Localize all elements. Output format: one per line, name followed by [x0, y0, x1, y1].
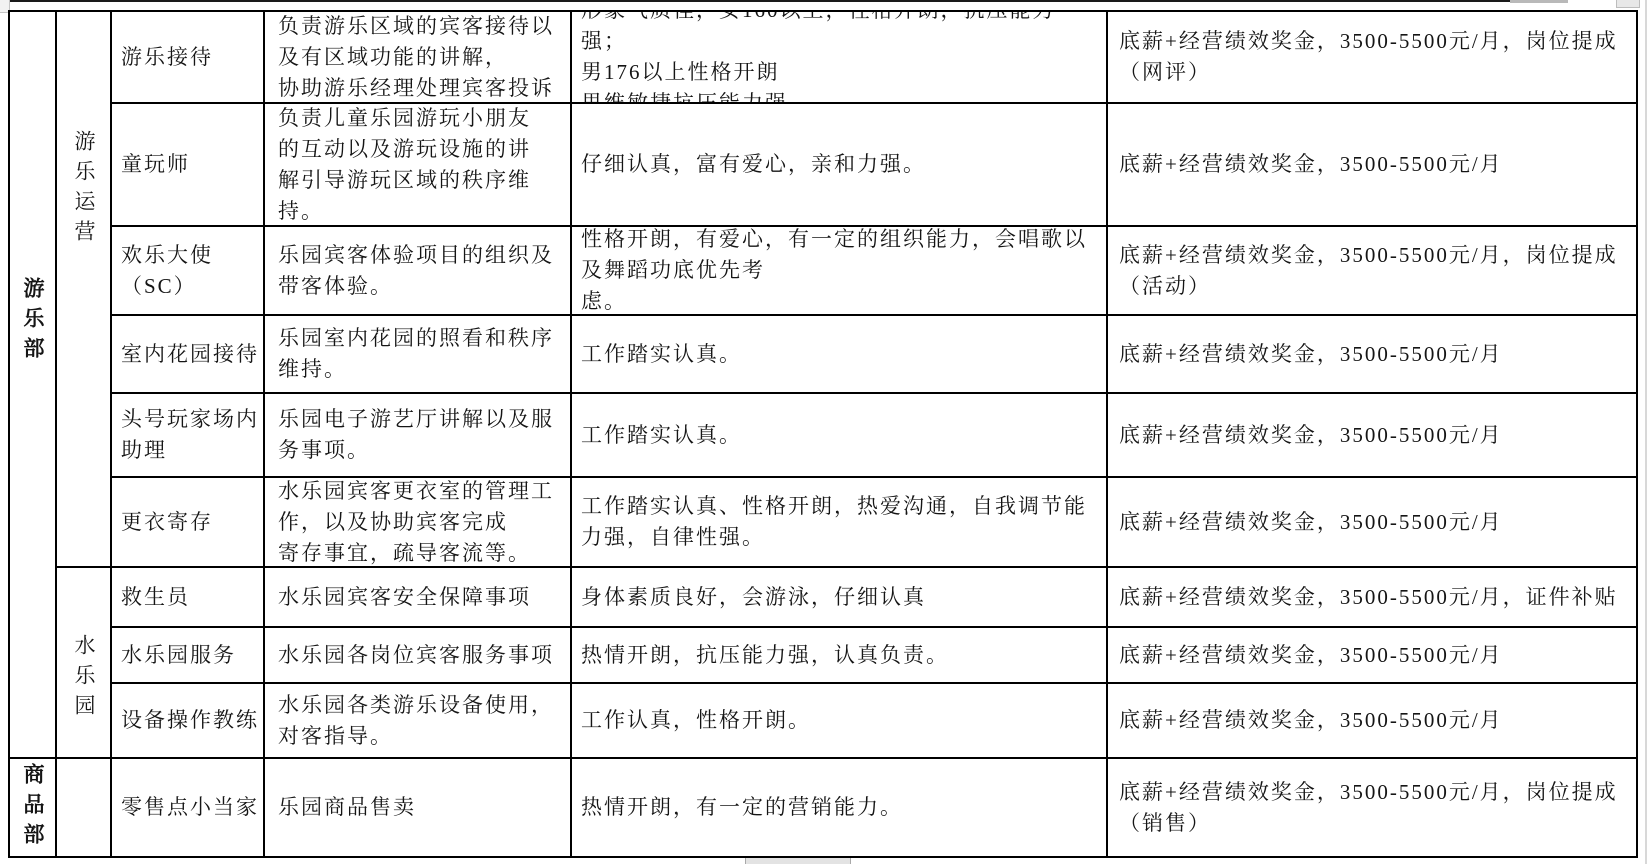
duties-cell: 乐园电子游艺厅讲解以及服 务事项。: [265, 394, 572, 478]
position-cell: 救生员: [112, 568, 265, 628]
department-cell-merchandise: 商品部: [10, 759, 57, 856]
position-cell: 童玩师: [112, 104, 265, 227]
requirements-cell: 仔细认真，富有爱心，亲和力强。: [572, 104, 1108, 227]
salary-cell: 底薪+经营绩效奖金，3500-5500元/月，证件补贴: [1108, 568, 1636, 628]
requirements-cell: 热情开朗，有一定的营销能力。: [572, 759, 1108, 856]
position-cell: 游乐接待: [112, 12, 265, 104]
section-cell-water-park: 水乐园: [57, 568, 112, 759]
salary-cell: 底薪+经营绩效奖金，3500-5500元/月: [1108, 478, 1636, 568]
section-label: 水乐园: [68, 634, 99, 724]
position-cell: 更衣寄存: [112, 478, 265, 568]
requirements-cell: 性格开朗，有爱心，有一定的组织能力，会唱歌以 及舞蹈功底优先考 虑。: [572, 227, 1108, 316]
section-cell-empty: [57, 759, 112, 856]
position-cell: 水乐园服务: [112, 628, 265, 684]
department-label: 商品部: [17, 763, 48, 853]
duties-cell: 乐园商品售卖: [265, 759, 572, 856]
page-right-edge-artifact: [1645, 0, 1647, 864]
salary-cell: 底薪+经营绩效奖金，3500-5500元/月，岗位提成 （销售）: [1108, 759, 1636, 856]
position-cell: 零售点小当家: [112, 759, 265, 856]
duties-cell: 乐园室内花园的照看和秩序 维持。: [265, 316, 572, 394]
job-table: 游乐部 商品部 游乐运营 水乐园 游乐接待 负责游乐区域的宾客接待以 及有区域功…: [8, 10, 1638, 858]
previous-row-border-artifact: [0, 0, 1510, 2]
salary-cell: 底薪+经营绩效奖金，3500-5500元/月: [1108, 684, 1636, 759]
page-top-notch-artifact: [1616, 0, 1640, 8]
page-top-edge-artifact: [1510, 0, 1568, 3]
salary-cell: 底薪+经营绩效奖金，3500-5500元/月: [1108, 394, 1636, 478]
duties-cell: 乐园宾客体验项目的组织及 带客体验。: [265, 227, 572, 316]
duties-cell: 负责游乐区域的宾客接待以 及有区域功能的讲解， 协助游乐经理处理宾客投诉: [265, 12, 572, 104]
duties-cell: 负责儿童乐园游玩小朋友 的互动以及游玩设施的讲 解引导游玩区域的秩序维 持。: [265, 104, 572, 227]
salary-cell: 底薪+经营绩效奖金，3500-5500元/月: [1108, 628, 1636, 684]
section-label: 游乐运营: [68, 130, 99, 250]
salary-cell: 底薪+经营绩效奖金，3500-5500元/月: [1108, 104, 1636, 227]
duties-cell: 水乐园宾客更衣室的管理工 作，以及协助宾客完成 寄存事宜，疏导客流等。: [265, 478, 572, 568]
requirements-cell: 工作踏实认真。: [572, 316, 1108, 394]
requirements-cell: 热情开朗，抗压能力强，认真负责。: [572, 628, 1108, 684]
requirements-cell: 工作踏实认真、性格开朗，热爱沟通，自我调节能 力强，自律性强。: [572, 478, 1108, 568]
requirements-cell: 身体素质良好，会游泳，仔细认真: [572, 568, 1108, 628]
salary-cell: 底薪+经营绩效奖金，3500-5500元/月: [1108, 316, 1636, 394]
requirements-cell: 形象气质佳，女160以上，性格开朗，抗压能力强； 男176以上性格开朗 思维敏捷…: [572, 12, 1108, 104]
section-cell-amusement-operations: 游乐运营: [57, 12, 112, 568]
position-cell: 室内花园接待: [112, 316, 265, 394]
department-cell-amusement: 游乐部: [10, 12, 57, 759]
requirements-cell: 工作踏实认真。: [572, 394, 1108, 478]
position-cell: 头号玩家场内 助理: [112, 394, 265, 478]
duties-cell: 水乐园各岗位宾客服务事项: [265, 628, 572, 684]
position-cell: 设备操作教练: [112, 684, 265, 759]
duties-cell: 水乐园宾客安全保障事项: [265, 568, 572, 628]
requirements-cell: 工作认真，性格开朗。: [572, 684, 1108, 759]
position-cell: 欢乐大使 （SC）: [112, 227, 265, 316]
duties-cell: 水乐园各类游乐设备使用， 对客指导。: [265, 684, 572, 759]
salary-cell: 底薪+经营绩效奖金，3500-5500元/月，岗位提成 （活动）: [1108, 227, 1636, 316]
salary-cell: 底薪+经营绩效奖金，3500-5500元/月，岗位提成 （网评）: [1108, 12, 1636, 104]
department-label: 游乐部: [17, 277, 48, 367]
